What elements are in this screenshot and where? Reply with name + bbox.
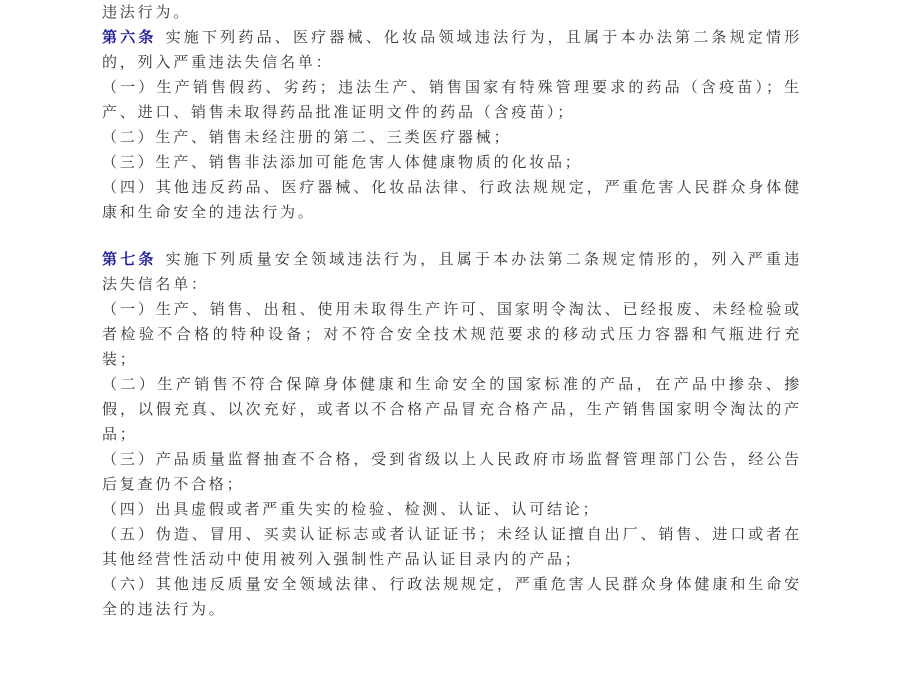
article-6-item-4: （四）其他违反药品、医疗器械、化妆品法律、行政法规规定，严重危害人民群众身体健康… [102, 175, 802, 225]
article-6-item-2: （二）生产、销售未经注册的第二、三类医疗器械； [102, 125, 802, 150]
article-7-paragraph: 第七条实施下列质量安全领域违法行为，且属于本办法第二条规定情形的，列入严重违法失… [102, 247, 802, 297]
article-7-item-3: （三）产品质量监督抽查不合格，受到省级以上人民政府市场监督管理部门公告，经公告后… [102, 447, 802, 497]
article-7-item-5: （五）伪造、冒用、买卖认证标志或者认证证书；未经认证擅自出厂、销售、进口或者在其… [102, 522, 802, 572]
document-page: 违法行为。 第六条实施下列药品、医疗器械、化妆品领域违法行为，且属于本办法第二条… [102, 0, 802, 622]
article-7-item-1: （一）生产、销售、出租、使用未取得生产许可、国家明令淘汰、已经报废、未经检验或者… [102, 297, 802, 372]
article-6-paragraph: 第六条实施下列药品、医疗器械、化妆品领域违法行为，且属于本办法第二条规定情形的，… [102, 25, 802, 75]
article-6-label: 第六条 [102, 29, 157, 46]
article-7-intro-text: 实施下列质量安全领域违法行为，且属于本办法第二条规定情形的，列入严重违法失信名单… [102, 251, 802, 293]
article-7-item-2: （二）生产销售不符合保障身体健康和生命安全的国家标准的产品，在产品中掺杂、掺假，… [102, 372, 802, 447]
article-6-items: （一）生产销售假药、劣药；违法生产、销售国家有特殊管理要求的药品（含疫苗）；生产… [102, 75, 802, 225]
article-7-item-6: （六）其他违反质量安全领域法律、行政法规规定，严重危害人民群众身体健康和生命安全… [102, 572, 802, 622]
article-6-item-3: （三）生产、销售非法添加可能危害人体健康物质的化妆品； [102, 150, 802, 175]
article-7-label: 第七条 [102, 251, 157, 268]
article-7-item-4: （四）出具虚假或者严重失实的检验、检测、认证、认可结论； [102, 497, 802, 522]
article-6-item-1: （一）生产销售假药、劣药；违法生产、销售国家有特殊管理要求的药品（含疫苗）；生产… [102, 75, 802, 125]
paragraph-fragment: 违法行为。 [102, 0, 802, 25]
article-6-intro-text: 实施下列药品、医疗器械、化妆品领域违法行为，且属于本办法第二条规定情形的，列入严… [102, 29, 802, 71]
article-7-items: （一）生产、销售、出租、使用未取得生产许可、国家明令淘汰、已经报废、未经检验或者… [102, 297, 802, 622]
